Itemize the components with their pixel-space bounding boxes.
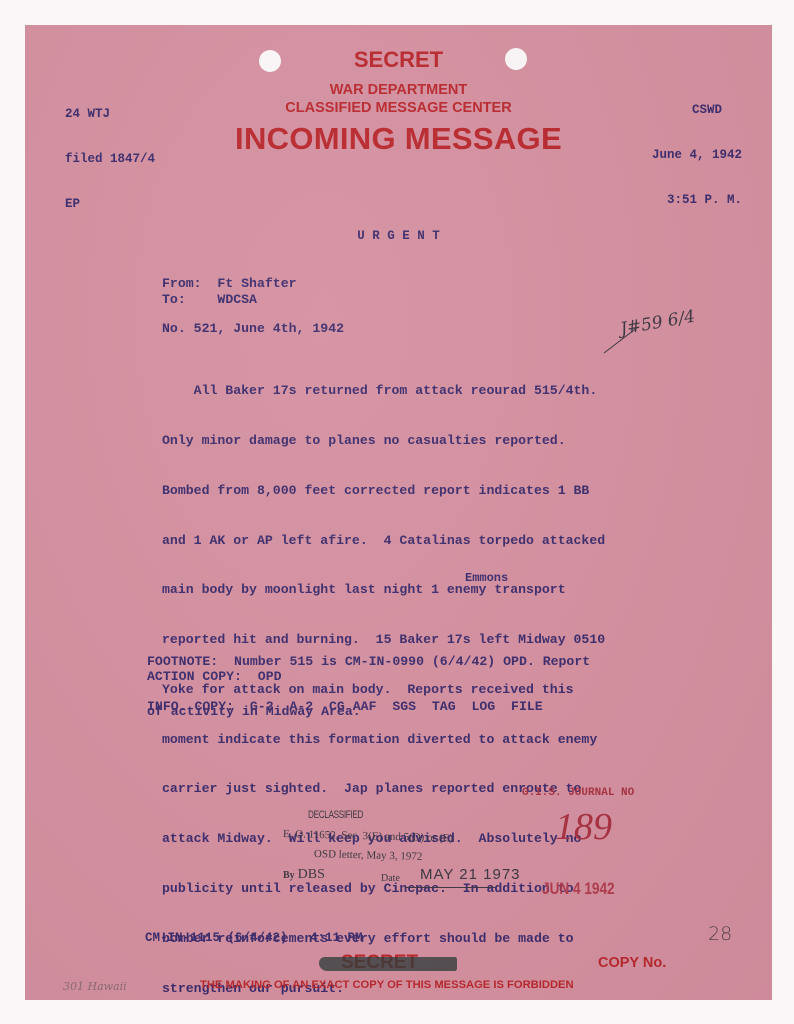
routing-block-left: 24 WTJ filed 1847/4 EP [65,77,155,242]
classification-top: SECRET [25,47,772,73]
declass-by-value: DBS [298,867,325,882]
body-line: and 1 AK or AP left afire. 4 Catalinas t… [162,533,605,550]
body-line: Bombed from 8,000 feet corrected report … [162,483,605,500]
signature: Emmons [465,570,508,587]
routing-line: EP [65,197,155,212]
copy-warning: THE MAKING OF AN EXACT COPY OF THIS MESS… [200,979,574,991]
routing-line: filed 1847/4 [65,152,155,167]
declass-date-underline [405,887,495,888]
journal-number: 189 [555,805,612,849]
receipt-date: June 4, 1942 [625,148,742,163]
declassified-stamp: DECLASSIFIED [308,809,363,821]
action-copy: ACTION COPY: OPD [147,669,282,686]
receipt-block-right: CSWD June 4, 1942 3:51 P. M. [625,73,742,238]
journal-date-stamp: JUN 4 1942 [542,879,615,899]
footnote: FOOTNOTE: Number 515 is CM-IN-0990 (6/4/… [147,621,590,754]
to-label: To: [162,292,186,307]
info-copy: INFO. COPY: G-2 A-2 CG AAF SGS TAG LOG F… [147,699,543,716]
receipt-office: CSWD [625,103,742,118]
journal-stamp-label: G.I.S. JOURNAL NO [522,787,634,799]
body-line: Only minor damage to planes no casualtie… [162,433,605,450]
body-line: main body by moonlight last night 1 enem… [162,582,605,599]
message-number-line: No. 521, June 4th, 1942 [162,321,344,338]
routing-line: 24 WTJ [65,107,155,122]
declass-date-label: Date [381,873,400,884]
from-line: From: Ft Shafter [162,276,297,293]
body-line: All Baker 17s returned from attack reour… [162,383,605,400]
from-value: Ft Shafter [217,276,296,291]
to-value: WDCSA [217,292,257,307]
receipt-time: 3:51 P. M. [625,193,742,208]
classification-bottom-wrap: SECRET [319,954,459,974]
message-form-paper: SECRET WAR DEPARTMENT CLASSIFIED MESSAGE… [25,25,772,1000]
redaction-marker-stroke [319,957,457,971]
page-number: 28 [708,923,732,945]
declass-by: By DBS [283,867,325,883]
copy-number-label: COPY No. [598,955,666,971]
handwritten-pointer-line [600,325,640,355]
from-label: From: [162,276,202,291]
declass-date-value: MAY 21 1973 [420,866,521,883]
handwritten-file-note: 301 Hawaii [63,980,127,993]
priority-label: U R G E N T [25,228,772,245]
declass-by-label: By [283,870,295,881]
to-line: To: WDCSA [162,292,257,309]
cm-reference: CM-IN-1115 (6/4/42) 4:11 PM [145,930,363,947]
